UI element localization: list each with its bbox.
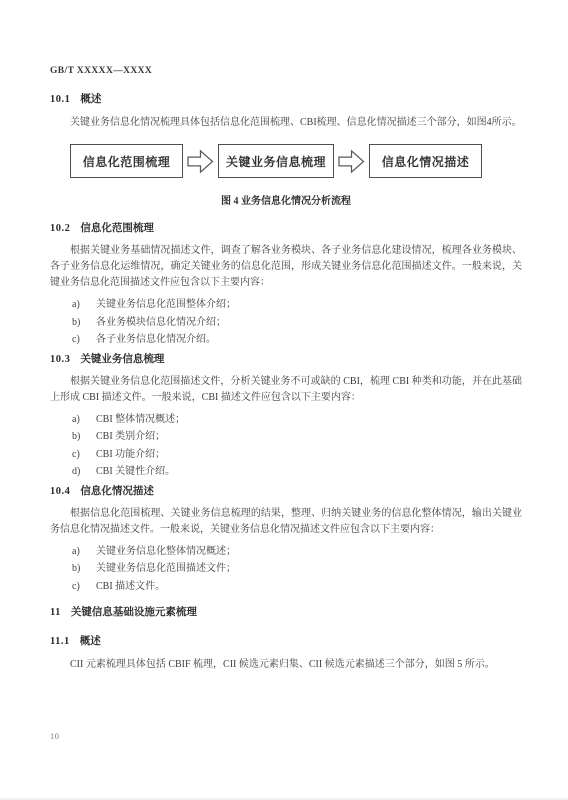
flow-arrow-icon bbox=[187, 149, 214, 174]
list-item-text: CBI 功能介绍； bbox=[96, 449, 165, 460]
section-number: 11 bbox=[50, 607, 61, 618]
list-item: b)CBI 类别介绍； bbox=[50, 428, 522, 446]
list-item-label: b) bbox=[72, 428, 96, 446]
list-10-3: a)CBI 整体情况概述； b)CBI 类别介绍； c)CBI 功能介绍； d)… bbox=[50, 411, 522, 481]
section-heading-10-2: 10.2信息化范围梳理 bbox=[50, 221, 522, 236]
section-number: 11.1 bbox=[50, 636, 70, 647]
page-number: 10 bbox=[50, 731, 60, 741]
section-title: 关键业务信息梳理 bbox=[80, 354, 164, 365]
list-item-text: CBI 整体情况概述； bbox=[96, 414, 185, 425]
list-10-4: a)关键业务信息化整体情况概述； b)关键业务信息化范围描述文件； c)CBI … bbox=[50, 543, 522, 596]
list-item-label: a) bbox=[72, 296, 96, 314]
list-item-text: CBI 描述文件。 bbox=[96, 581, 165, 592]
list-item: a)关键业务信息化范围整体介绍； bbox=[50, 296, 522, 314]
list-10-2: a)关键业务信息化范围整体介绍； b)各业务模块信息化情况介绍； c)各子业务信… bbox=[50, 296, 522, 349]
section-title: 信息化范围梳理 bbox=[80, 223, 154, 234]
list-item-text: 关键业务信息化整体情况概述； bbox=[96, 546, 236, 557]
paragraph-10-4: 根据信息化范围梳理、关键业务信息梳理的结果，整理、归纳关键业务的信息化整体情况，… bbox=[50, 506, 522, 538]
section-number: 10.1 bbox=[50, 94, 70, 105]
paragraph-11-1: CII 元素梳理具体包括 CBIF 梳理，CII 候选元素归集、CII 候选元素… bbox=[50, 657, 522, 673]
section-heading-11-1: 11.1概述 bbox=[50, 634, 522, 649]
document-code: GB/T XXXXX—XXXX bbox=[50, 66, 522, 79]
list-item-label: b) bbox=[72, 314, 96, 332]
flow-arrow-icon bbox=[338, 149, 365, 174]
figure4-caption: 图 4 业务信息化情况分析流程 bbox=[50, 192, 522, 206]
section-title: 关键信息基础设施元素梳理 bbox=[71, 607, 197, 618]
list-item-text: CBI 类别介绍； bbox=[96, 431, 165, 442]
list-item: c)CBI 功能介绍； bbox=[50, 446, 522, 464]
section-title: 概述 bbox=[80, 636, 101, 647]
list-item: d)CBI 关键性介绍。 bbox=[50, 463, 522, 481]
list-item: c)各子业务信息化情况介绍。 bbox=[50, 331, 522, 349]
list-item-text: 各子业务信息化情况介绍。 bbox=[96, 334, 216, 345]
list-item-label: a) bbox=[72, 543, 96, 561]
paragraph-10-2: 根据关键业务基础情况描述文件，调查了解各业务模块、各子业务信息化建设情况，梳理各… bbox=[50, 243, 522, 291]
paragraph-10-1: 关键业务信息化情况梳理具体包括信息化范围梳理、CBI梳理、信息化情况描述三个部分… bbox=[50, 115, 522, 131]
list-item-label: a) bbox=[72, 411, 96, 429]
list-item: b)关键业务信息化范围描述文件； bbox=[50, 560, 522, 578]
paragraph-10-3: 根据关键业务信息化范围描述文件，分析关键业务不可或缺的 CBI，梳理 CBI 种… bbox=[50, 374, 522, 406]
section-title: 概述 bbox=[80, 94, 101, 105]
section-number: 10.2 bbox=[50, 223, 70, 234]
section-heading-10-1: 10.1概述 bbox=[50, 92, 522, 107]
list-item-label: b) bbox=[72, 560, 96, 578]
figure4-flow-diagram: 信息化范围梳理 关键业务信息梳理 信息化情况描述 bbox=[70, 143, 522, 179]
list-item-label: c) bbox=[72, 578, 96, 596]
list-item-text: 各业务模块信息化情况介绍； bbox=[96, 317, 226, 328]
section-title: 信息化情况描述 bbox=[80, 486, 154, 497]
list-item-text: 关键业务信息化范围整体介绍； bbox=[96, 299, 236, 310]
list-item-label: c) bbox=[72, 331, 96, 349]
section-heading-10-3: 10.3关键业务信息梳理 bbox=[50, 352, 522, 367]
list-item: c)CBI 描述文件。 bbox=[50, 578, 522, 596]
flow-box-info-scope: 信息化范围梳理 bbox=[70, 144, 183, 178]
section-number: 10.3 bbox=[50, 354, 70, 365]
list-item: a)关键业务信息化整体情况概述； bbox=[50, 543, 522, 561]
flow-box-info-description: 信息化情况描述 bbox=[369, 144, 482, 178]
flow-box-key-business-info: 关键业务信息梳理 bbox=[218, 144, 334, 178]
list-item: a)CBI 整体情况概述； bbox=[50, 411, 522, 429]
document-page: GB/T XXXXX—XXXX 10.1概述 关键业务信息化情况梳理具体包括信息… bbox=[0, 0, 568, 800]
list-item: b)各业务模块信息化情况介绍； bbox=[50, 314, 522, 332]
list-item-label: c) bbox=[72, 446, 96, 464]
section-heading-10-4: 10.4信息化情况描述 bbox=[50, 484, 522, 499]
list-item-text: CBI 关键性介绍。 bbox=[96, 466, 175, 477]
section-number: 10.4 bbox=[50, 486, 70, 497]
chapter-heading-11: 11关键信息基础设施元素梳理 bbox=[50, 605, 522, 620]
list-item-label: d) bbox=[72, 463, 96, 481]
list-item-text: 关键业务信息化范围描述文件； bbox=[96, 563, 236, 574]
